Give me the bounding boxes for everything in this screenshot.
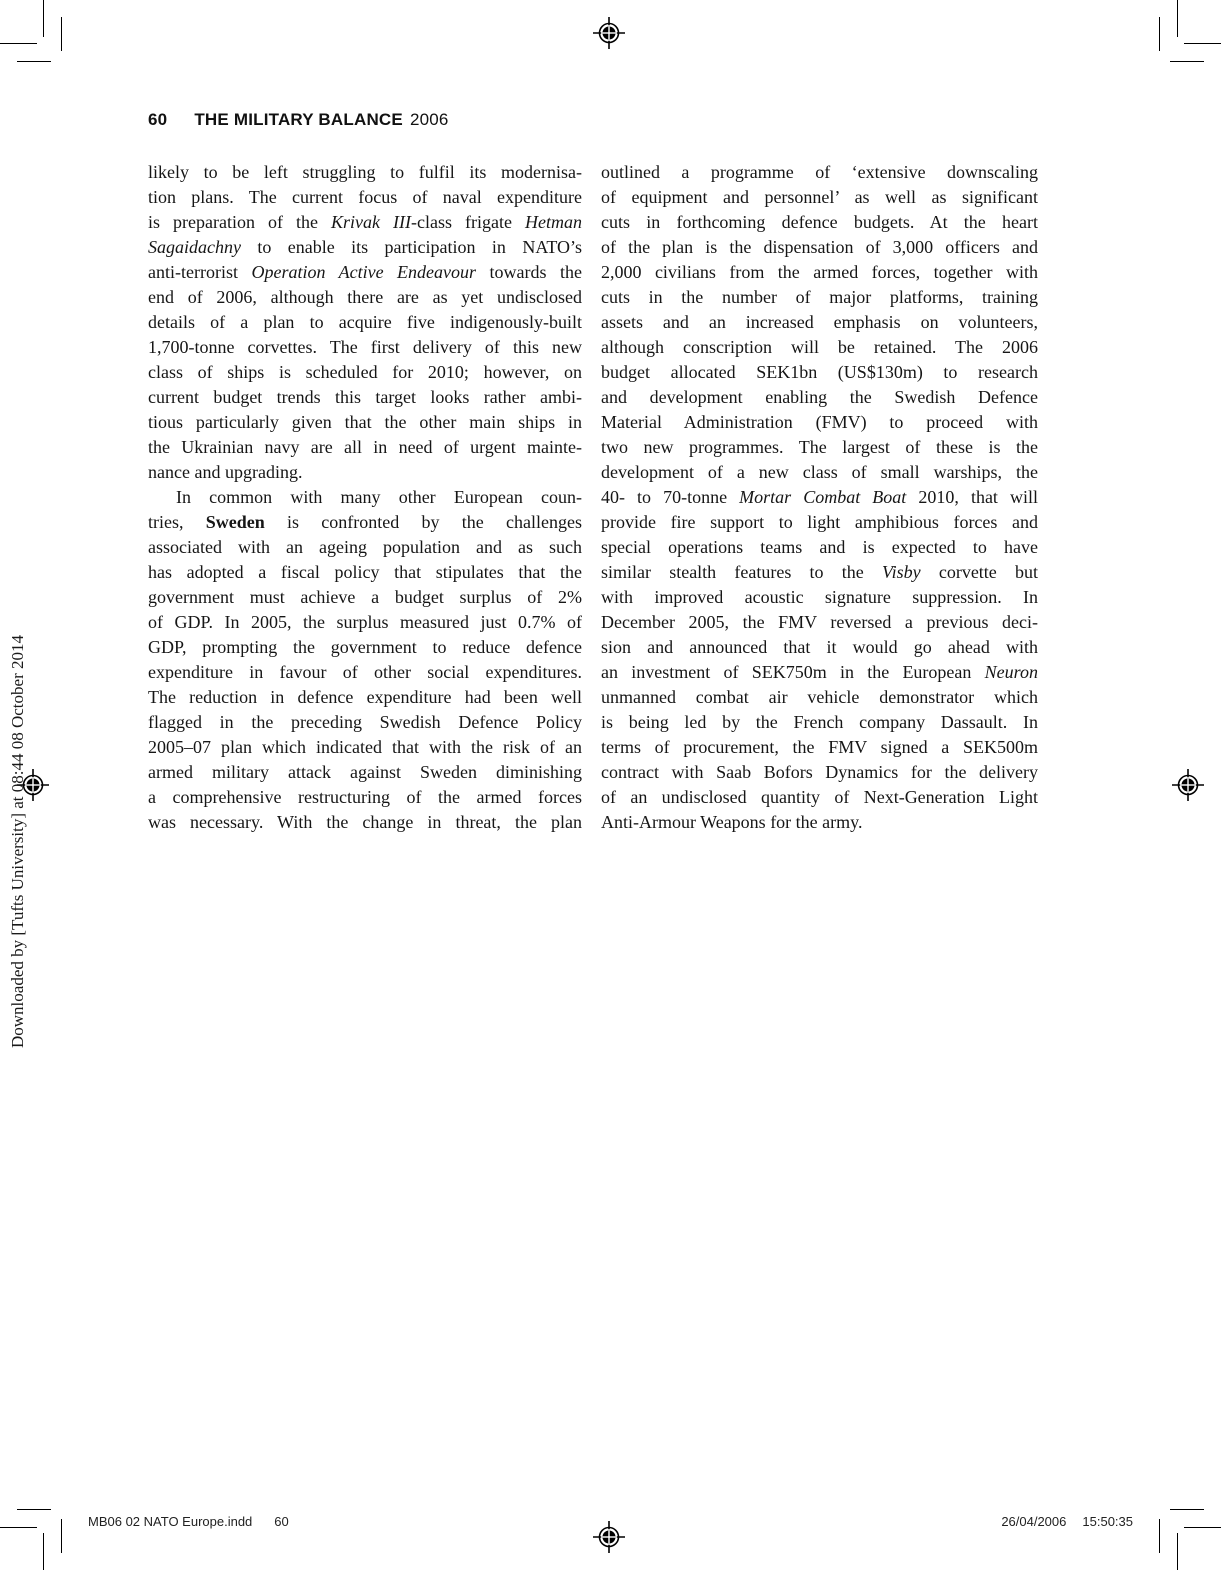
text-line: cuts in forthcoming defence budgets. At …	[601, 210, 1038, 235]
footer-file-page: 60	[274, 1514, 288, 1529]
text-line: In common with many other European coun-	[148, 485, 582, 510]
crop-mark	[1170, 61, 1204, 62]
text-line: two new programmes. The largest of these…	[601, 435, 1038, 460]
crop-mark	[1159, 17, 1160, 51]
text-line: end of 2006, although there are as yet u…	[148, 285, 582, 310]
text-line: of equipment and personnel’ as well as s…	[601, 185, 1038, 210]
text-line: 1,700-tonne corvettes. The first deliver…	[148, 335, 582, 360]
text-line: cuts in the number of major platforms, t…	[601, 285, 1038, 310]
text-line: is being led by the French company Dassa…	[601, 710, 1038, 735]
text-line: although conscription will be retained. …	[601, 335, 1038, 360]
registration-mark-icon	[591, 15, 627, 51]
text-line: unmanned combat air vehicle demonstrator…	[601, 685, 1038, 710]
text-line: of an undisclosed quantity of Next-Gener…	[601, 785, 1038, 810]
book-title: THE MILITARY BALANCE	[194, 110, 403, 129]
crop-mark	[1159, 1519, 1160, 1553]
text-line: outlined a programme of ‘extensive downs…	[601, 160, 1038, 185]
text-line: has adopted a fiscal policy that stipula…	[148, 560, 582, 585]
text-line: expenditure in favour of other social ex…	[148, 660, 582, 685]
text-line: tion plans. The current focus of naval e…	[148, 185, 582, 210]
crop-mark	[17, 61, 51, 62]
text-line: 2005–07 plan which indicated that with t…	[148, 735, 582, 760]
crop-mark	[1177, 1533, 1178, 1570]
download-watermark: Downloaded by [Tufts University] at 08:4…	[8, 526, 28, 1048]
right-column: outlined a programme of ‘extensive downs…	[601, 160, 1038, 835]
scanned-book-page: 60THE MILITARY BALANCE2006 likely to be …	[0, 0, 1221, 1570]
crop-mark	[1184, 1527, 1221, 1528]
text-line: budget allocated SEK1bn (US$130m) to res…	[601, 360, 1038, 385]
text-line: armed military attack against Sweden dim…	[148, 760, 582, 785]
text-line: was necessary. With the change in threat…	[148, 810, 582, 835]
text-line: contract with Saab Bofors Dynamics for t…	[601, 760, 1038, 785]
crop-mark	[61, 1519, 62, 1553]
text-line: Sagaidachny to enable its participation …	[148, 235, 582, 260]
crop-mark	[61, 17, 62, 51]
text-line: an investment of SEK750m in the European…	[601, 660, 1038, 685]
crop-mark	[43, 0, 44, 37]
text-line: December 2005, the FMV reversed a previo…	[601, 610, 1038, 635]
footer-time: 15:50:35	[1082, 1514, 1133, 1529]
text-line: associated with an ageing population and…	[148, 535, 582, 560]
text-line: anti-terrorist Operation Active Endeavou…	[148, 260, 582, 285]
text-line: Material Administration (FMV) to proceed…	[601, 410, 1038, 435]
text-line: of GDP. In 2005, the surplus measured ju…	[148, 610, 582, 635]
text-line: the Ukrainian navy are all in need of ur…	[148, 435, 582, 460]
text-line: tries, Sweden is confronted by the chall…	[148, 510, 582, 535]
text-line: class of ships is scheduled for 2010; ho…	[148, 360, 582, 385]
edition-year: 2006	[410, 110, 449, 129]
text-line: special operations teams and is expected…	[601, 535, 1038, 560]
text-line: 2,000 civilians from the armed forces, t…	[601, 260, 1038, 285]
text-line: The reduction in defence expenditure had…	[148, 685, 582, 710]
text-line: and development enabling the Swedish Def…	[601, 385, 1038, 410]
page-number: 60	[148, 110, 167, 130]
footer-file-name: MB06 02 NATO Europe.indd	[88, 1514, 252, 1529]
text-line: tious particularly given that the other …	[148, 410, 582, 435]
crop-mark	[17, 1509, 51, 1510]
text-line: details of a plan to acquire five indige…	[148, 310, 582, 335]
crop-mark	[1184, 43, 1221, 44]
registration-mark-icon	[1170, 767, 1206, 803]
crop-mark	[0, 43, 37, 44]
registration-mark-icon	[591, 1519, 627, 1555]
text-line: assets and an increased emphasis on volu…	[601, 310, 1038, 335]
text-line: terms of procurement, the FMV signed a S…	[601, 735, 1038, 760]
footer-file-info: MB06 02 NATO Europe.indd60	[88, 1514, 289, 1529]
text-line: a comprehensive restructuring of the arm…	[148, 785, 582, 810]
text-line: likely to be left struggling to fulfil i…	[148, 160, 582, 185]
text-line: Anti-Armour Weapons for the army.	[601, 810, 1038, 835]
footer-timestamp: 26/04/200615:50:35	[1001, 1514, 1133, 1529]
text-line: GDP, prompting the government to reduce …	[148, 635, 582, 660]
text-line: is preparation of the Krivak III-class f…	[148, 210, 582, 235]
text-line: 40- to 70-tonne Mortar Combat Boat 2010,…	[601, 485, 1038, 510]
crop-mark	[0, 1527, 37, 1528]
text-line: with improved acoustic signature suppres…	[601, 585, 1038, 610]
text-line: government must achieve a budget surplus…	[148, 585, 582, 610]
crop-mark	[1177, 0, 1178, 37]
crop-mark	[43, 1533, 44, 1570]
text-line: current budget trends this target looks …	[148, 385, 582, 410]
footer-date: 26/04/2006	[1001, 1514, 1066, 1529]
text-line: development of a new class of small wars…	[601, 460, 1038, 485]
page-header: 60THE MILITARY BALANCE2006	[148, 110, 449, 130]
left-column: likely to be left struggling to fulfil i…	[148, 160, 582, 835]
text-line: sion and announced that it would go ahea…	[601, 635, 1038, 660]
text-line: nance and upgrading.	[148, 460, 582, 485]
text-line: provide fire support to light amphibious…	[601, 510, 1038, 535]
crop-mark	[1170, 1509, 1204, 1510]
text-line: of the plan is the dispensation of 3,000…	[601, 235, 1038, 260]
text-line: flagged in the preceding Swedish Defence…	[148, 710, 582, 735]
text-line: similar stealth features to the Visby co…	[601, 560, 1038, 585]
